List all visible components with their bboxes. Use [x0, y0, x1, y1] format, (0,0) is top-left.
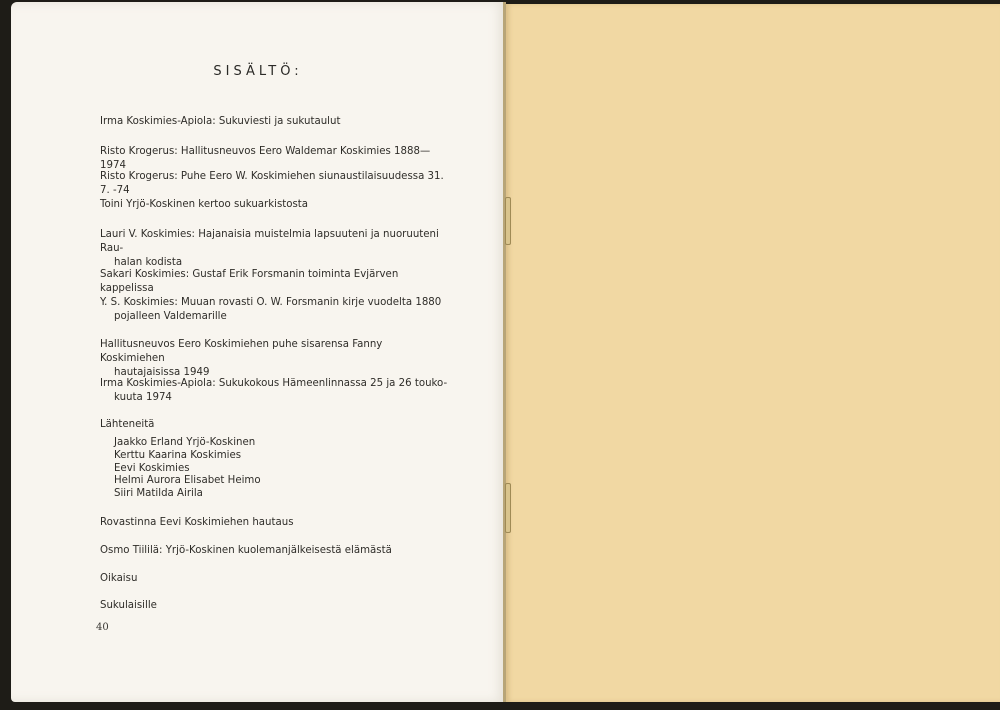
toc-entry-text: Irma Koskimies-Apiola: Sukuviesti ja suk… — [100, 115, 450, 129]
toc-entry: Risto Krogerus: Puhe Eero W. Koskimiehen… — [100, 170, 450, 198]
toc-entry: Rovastinna Eevi Koskimiehen hautaus — [100, 516, 450, 530]
toc-entry: Sakari Koskimies: Gustaf Erik Forsmanin … — [100, 268, 450, 296]
page-number: 40 — [96, 622, 109, 633]
toc-entry-text: Hallitusneuvos Eero Koskimiehen puhe sis… — [100, 338, 450, 366]
toc-entry-text: Y. S. Koskimies: Muuan rovasti O. W. For… — [100, 296, 450, 310]
toc-entry: Risto Krogerus: Hallitusneuvos Eero Wald… — [100, 145, 450, 173]
source-name: Kerttu Kaarina Koskimies — [114, 449, 414, 462]
toc-entry-text: Risto Krogerus: Puhe Eero W. Koskimiehen… — [100, 170, 450, 198]
toc-entry: Irma Koskimies-Apiola: Sukuviesti ja suk… — [100, 115, 450, 129]
source-name: Eevi Koskimies — [114, 462, 414, 475]
source-name: Helmi Aurora Elisabet Heimo — [114, 474, 414, 487]
sources-list: Jaakko Erland Yrjö-Koskinen Kerttu Kaari… — [114, 436, 414, 500]
scanned-spread: SISÄLTÖ: Irma Koskimies-Apiola: Sukuvies… — [0, 0, 1000, 710]
book-spine — [503, 2, 506, 702]
sources-heading: Lähteneitä — [100, 418, 450, 432]
toc-entry-continuation: pojalleen Valdemarille — [100, 310, 450, 324]
right-page-cover — [505, 4, 1000, 702]
toc-entry-continuation: kuuta 1974 — [100, 391, 450, 405]
toc-entry-text: Irma Koskimies-Apiola: Sukukokous Hämeen… — [100, 377, 450, 391]
toc-entry: Sukulaisille — [100, 599, 450, 613]
toc-entry-text: Risto Krogerus: Hallitusneuvos Eero Wald… — [100, 145, 450, 173]
toc-entry: Toini Yrjö-Koskinen kertoo sukuarkistost… — [100, 198, 450, 212]
toc-entry-text: Sukulaisille — [100, 599, 450, 613]
toc-section-heading: Lähteneitä — [100, 418, 450, 432]
source-name: Jaakko Erland Yrjö-Koskinen — [114, 436, 414, 449]
toc-entry-text: Lauri V. Koskimies: Hajanaisia muistelmi… — [100, 228, 450, 256]
staple-top — [505, 197, 511, 245]
toc-entry-text: Oikaisu — [100, 572, 450, 586]
page-title: SISÄLTÖ: — [11, 64, 505, 79]
toc-entry: Oikaisu — [100, 572, 450, 586]
toc-entry-text: Rovastinna Eevi Koskimiehen hautaus — [100, 516, 450, 530]
toc-entry: Irma Koskimies-Apiola: Sukukokous Hämeen… — [100, 377, 450, 405]
toc-entry: Lauri V. Koskimies: Hajanaisia muistelmi… — [100, 228, 450, 270]
toc-entry-text: Sakari Koskimies: Gustaf Erik Forsmanin … — [100, 268, 450, 296]
toc-entry: Hallitusneuvos Eero Koskimiehen puhe sis… — [100, 338, 450, 380]
toc-entry-text: Toini Yrjö-Koskinen kertoo sukuarkistost… — [100, 198, 450, 212]
toc-entry-text: Osmo Tiililä: Yrjö-Koskinen kuolemanjälk… — [100, 544, 450, 558]
toc-entry: Y. S. Koskimies: Muuan rovasti O. W. For… — [100, 296, 450, 324]
staple-bottom — [505, 483, 511, 533]
source-name: Siiri Matilda Airila — [114, 487, 414, 500]
toc-entry: Osmo Tiililä: Yrjö-Koskinen kuolemanjälk… — [100, 544, 450, 558]
